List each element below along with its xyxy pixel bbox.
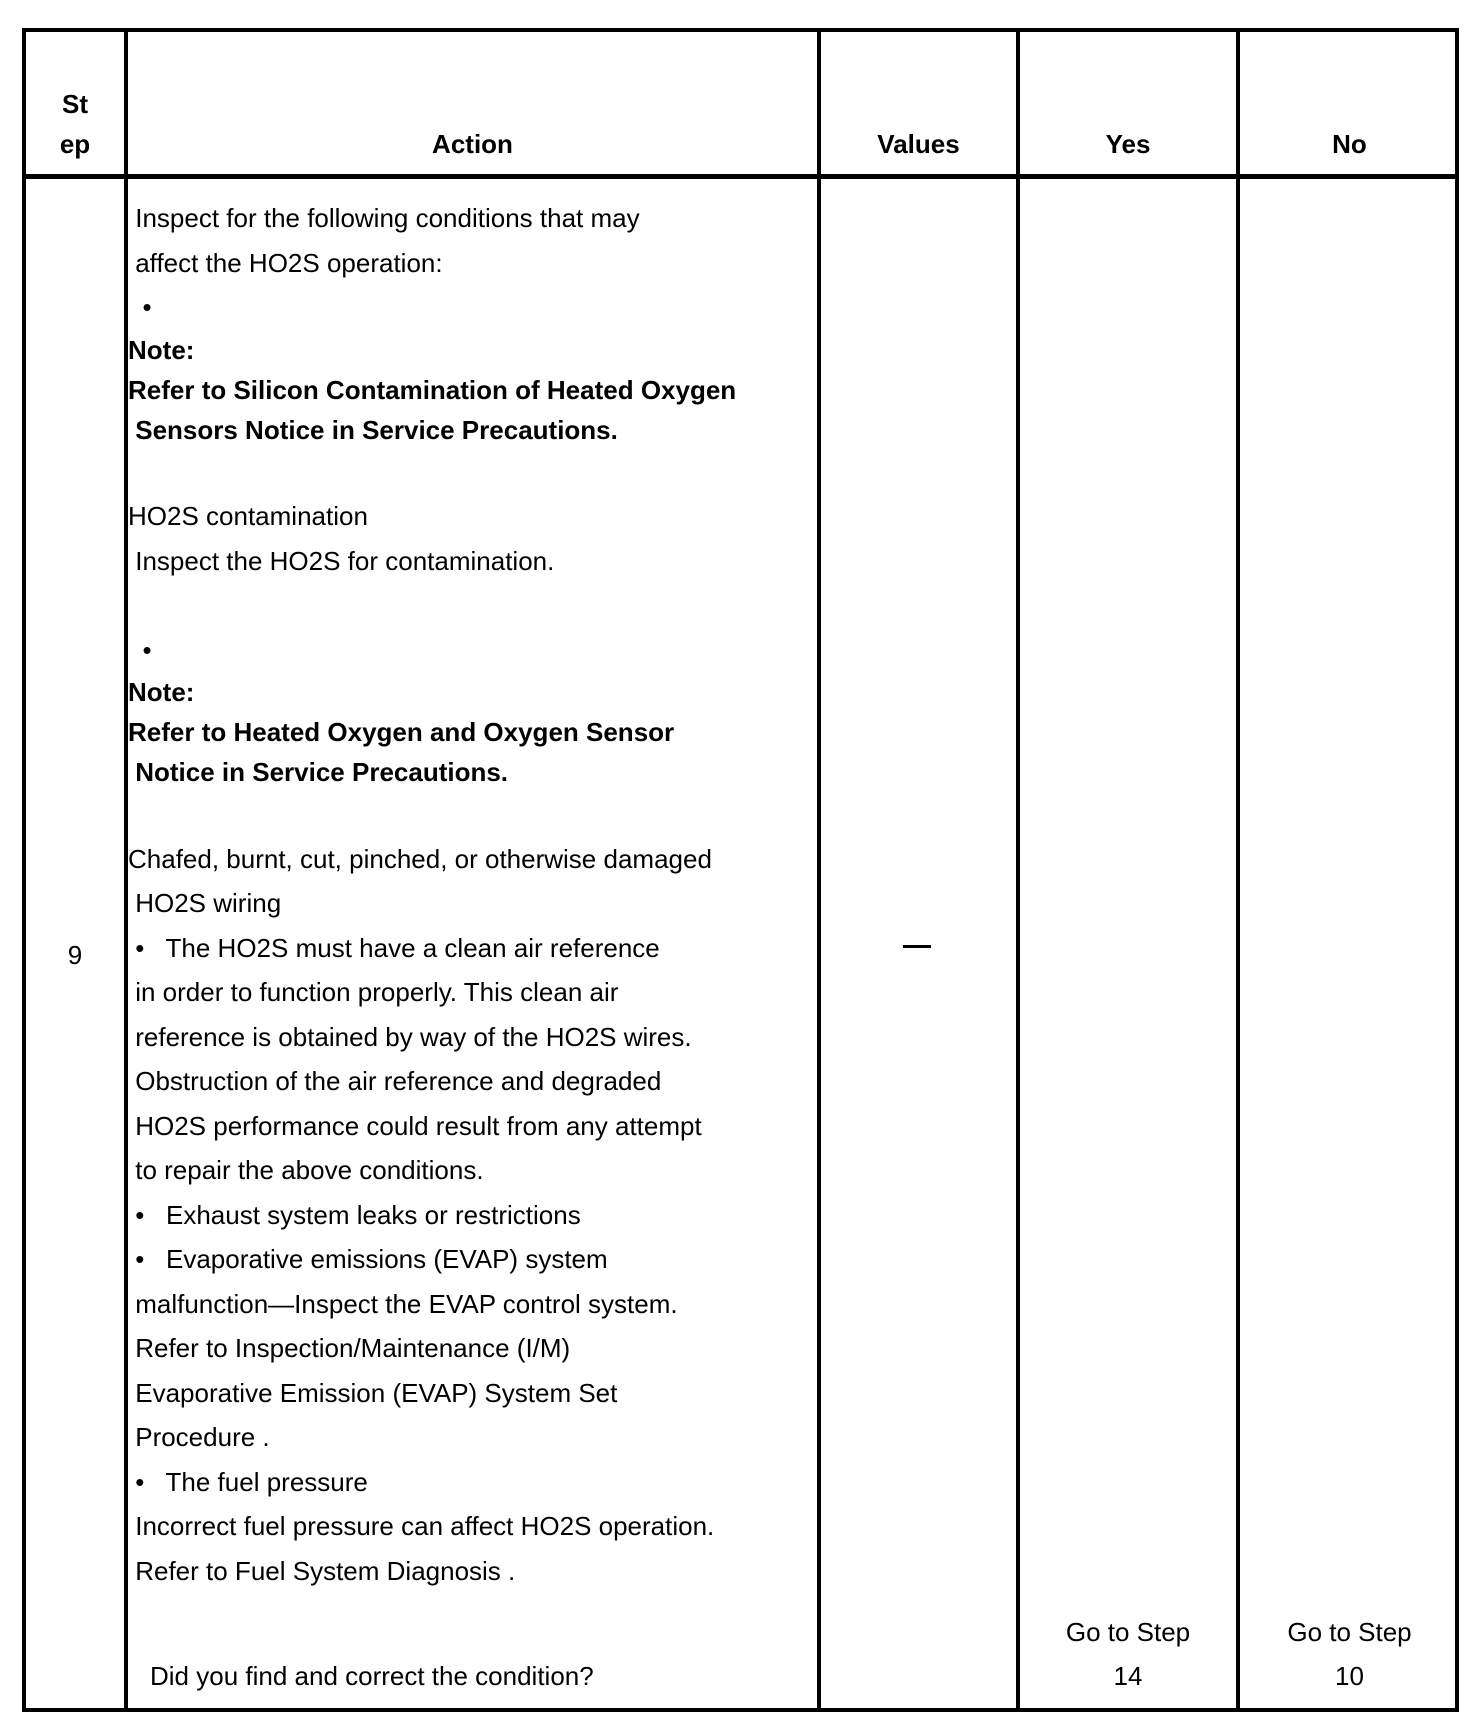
action-line: Inspect for the following conditions tha… [128, 196, 817, 241]
header-yes: Yes [1020, 124, 1236, 164]
header-step: St ep [26, 84, 124, 164]
action-line [128, 583, 817, 628]
action-line: Chafed, burnt, cut, pinched, or otherwis… [128, 837, 817, 882]
step-number: 9 [26, 940, 124, 971]
question-text: Did you find and correct the condition? [150, 1654, 594, 1699]
note-line: Note: [128, 330, 817, 370]
action-line: • Exhaust system leaks or restrictions [128, 1193, 817, 1238]
action-line [128, 450, 817, 495]
header-values: Values [821, 124, 1016, 164]
action-line: Refer to Inspection/Maintenance (I/M) [128, 1326, 817, 1371]
action-line: Incorrect fuel pressure can affect HO2S … [128, 1504, 817, 1549]
action-line: Evaporative Emission (EVAP) System Set [128, 1371, 817, 1416]
no-goto-step: 10 [1240, 1654, 1459, 1698]
action-line: HO2S wiring [128, 881, 817, 926]
yes-goto[interactable]: Go to Step 14 [1020, 1610, 1236, 1698]
header-action: Action [128, 124, 817, 164]
action-line: to repair the above conditions. [128, 1148, 817, 1193]
no-goto-label: Go to Step [1240, 1610, 1459, 1654]
action-line: HO2S contamination [128, 494, 817, 539]
note-line: Refer to Heated Oxygen and Oxygen Sensor [128, 712, 817, 752]
action-line: Inspect the HO2S for contamination. [128, 539, 817, 584]
column-divider [1236, 32, 1240, 1708]
column-divider [817, 32, 821, 1708]
header-divider [26, 174, 1455, 179]
action-line: in order to function properly. This clea… [128, 970, 817, 1015]
diagnostic-table: St ep Action Values Yes No 9 Inspect for… [22, 28, 1459, 1712]
note-line: Refer to Silicon Contamination of Heated… [128, 370, 817, 410]
yes-goto-step: 14 [1020, 1654, 1236, 1698]
header-no: No [1240, 124, 1459, 164]
action-line: reference is obtained by way of the HO2S… [128, 1015, 817, 1060]
no-goto[interactable]: Go to Step 10 [1240, 1610, 1459, 1698]
action-line: malfunction—Inspect the EVAP control sys… [128, 1282, 817, 1327]
action-line: • The fuel pressure [128, 1460, 817, 1505]
action-line: • Evaporative emissions (EVAP) system [128, 1237, 817, 1282]
values-dash [903, 945, 931, 948]
action-line: • The HO2S must have a clean air referen… [128, 926, 817, 971]
note-line: Notice in Service Precautions. [128, 752, 817, 792]
column-divider [1016, 32, 1020, 1708]
header-step-line1: St [26, 84, 124, 124]
action-line: HO2S performance could result from any a… [128, 1104, 817, 1149]
action-line: affect the HO2S operation: [128, 241, 817, 286]
action-text-block: Inspect for the following conditions tha… [128, 196, 817, 1593]
action-line: • [128, 628, 817, 673]
yes-goto-label: Go to Step [1020, 1610, 1236, 1654]
action-line: Procedure . [128, 1415, 817, 1460]
action-line: • [128, 285, 817, 330]
action-line [128, 792, 817, 837]
note-line: Sensors Notice in Service Precautions. [128, 410, 817, 450]
action-line: Obstruction of the air reference and deg… [128, 1059, 817, 1104]
header-step-line2: ep [26, 124, 124, 164]
action-line: Refer to Fuel System Diagnosis . [128, 1549, 817, 1594]
note-line: Note: [128, 672, 817, 712]
